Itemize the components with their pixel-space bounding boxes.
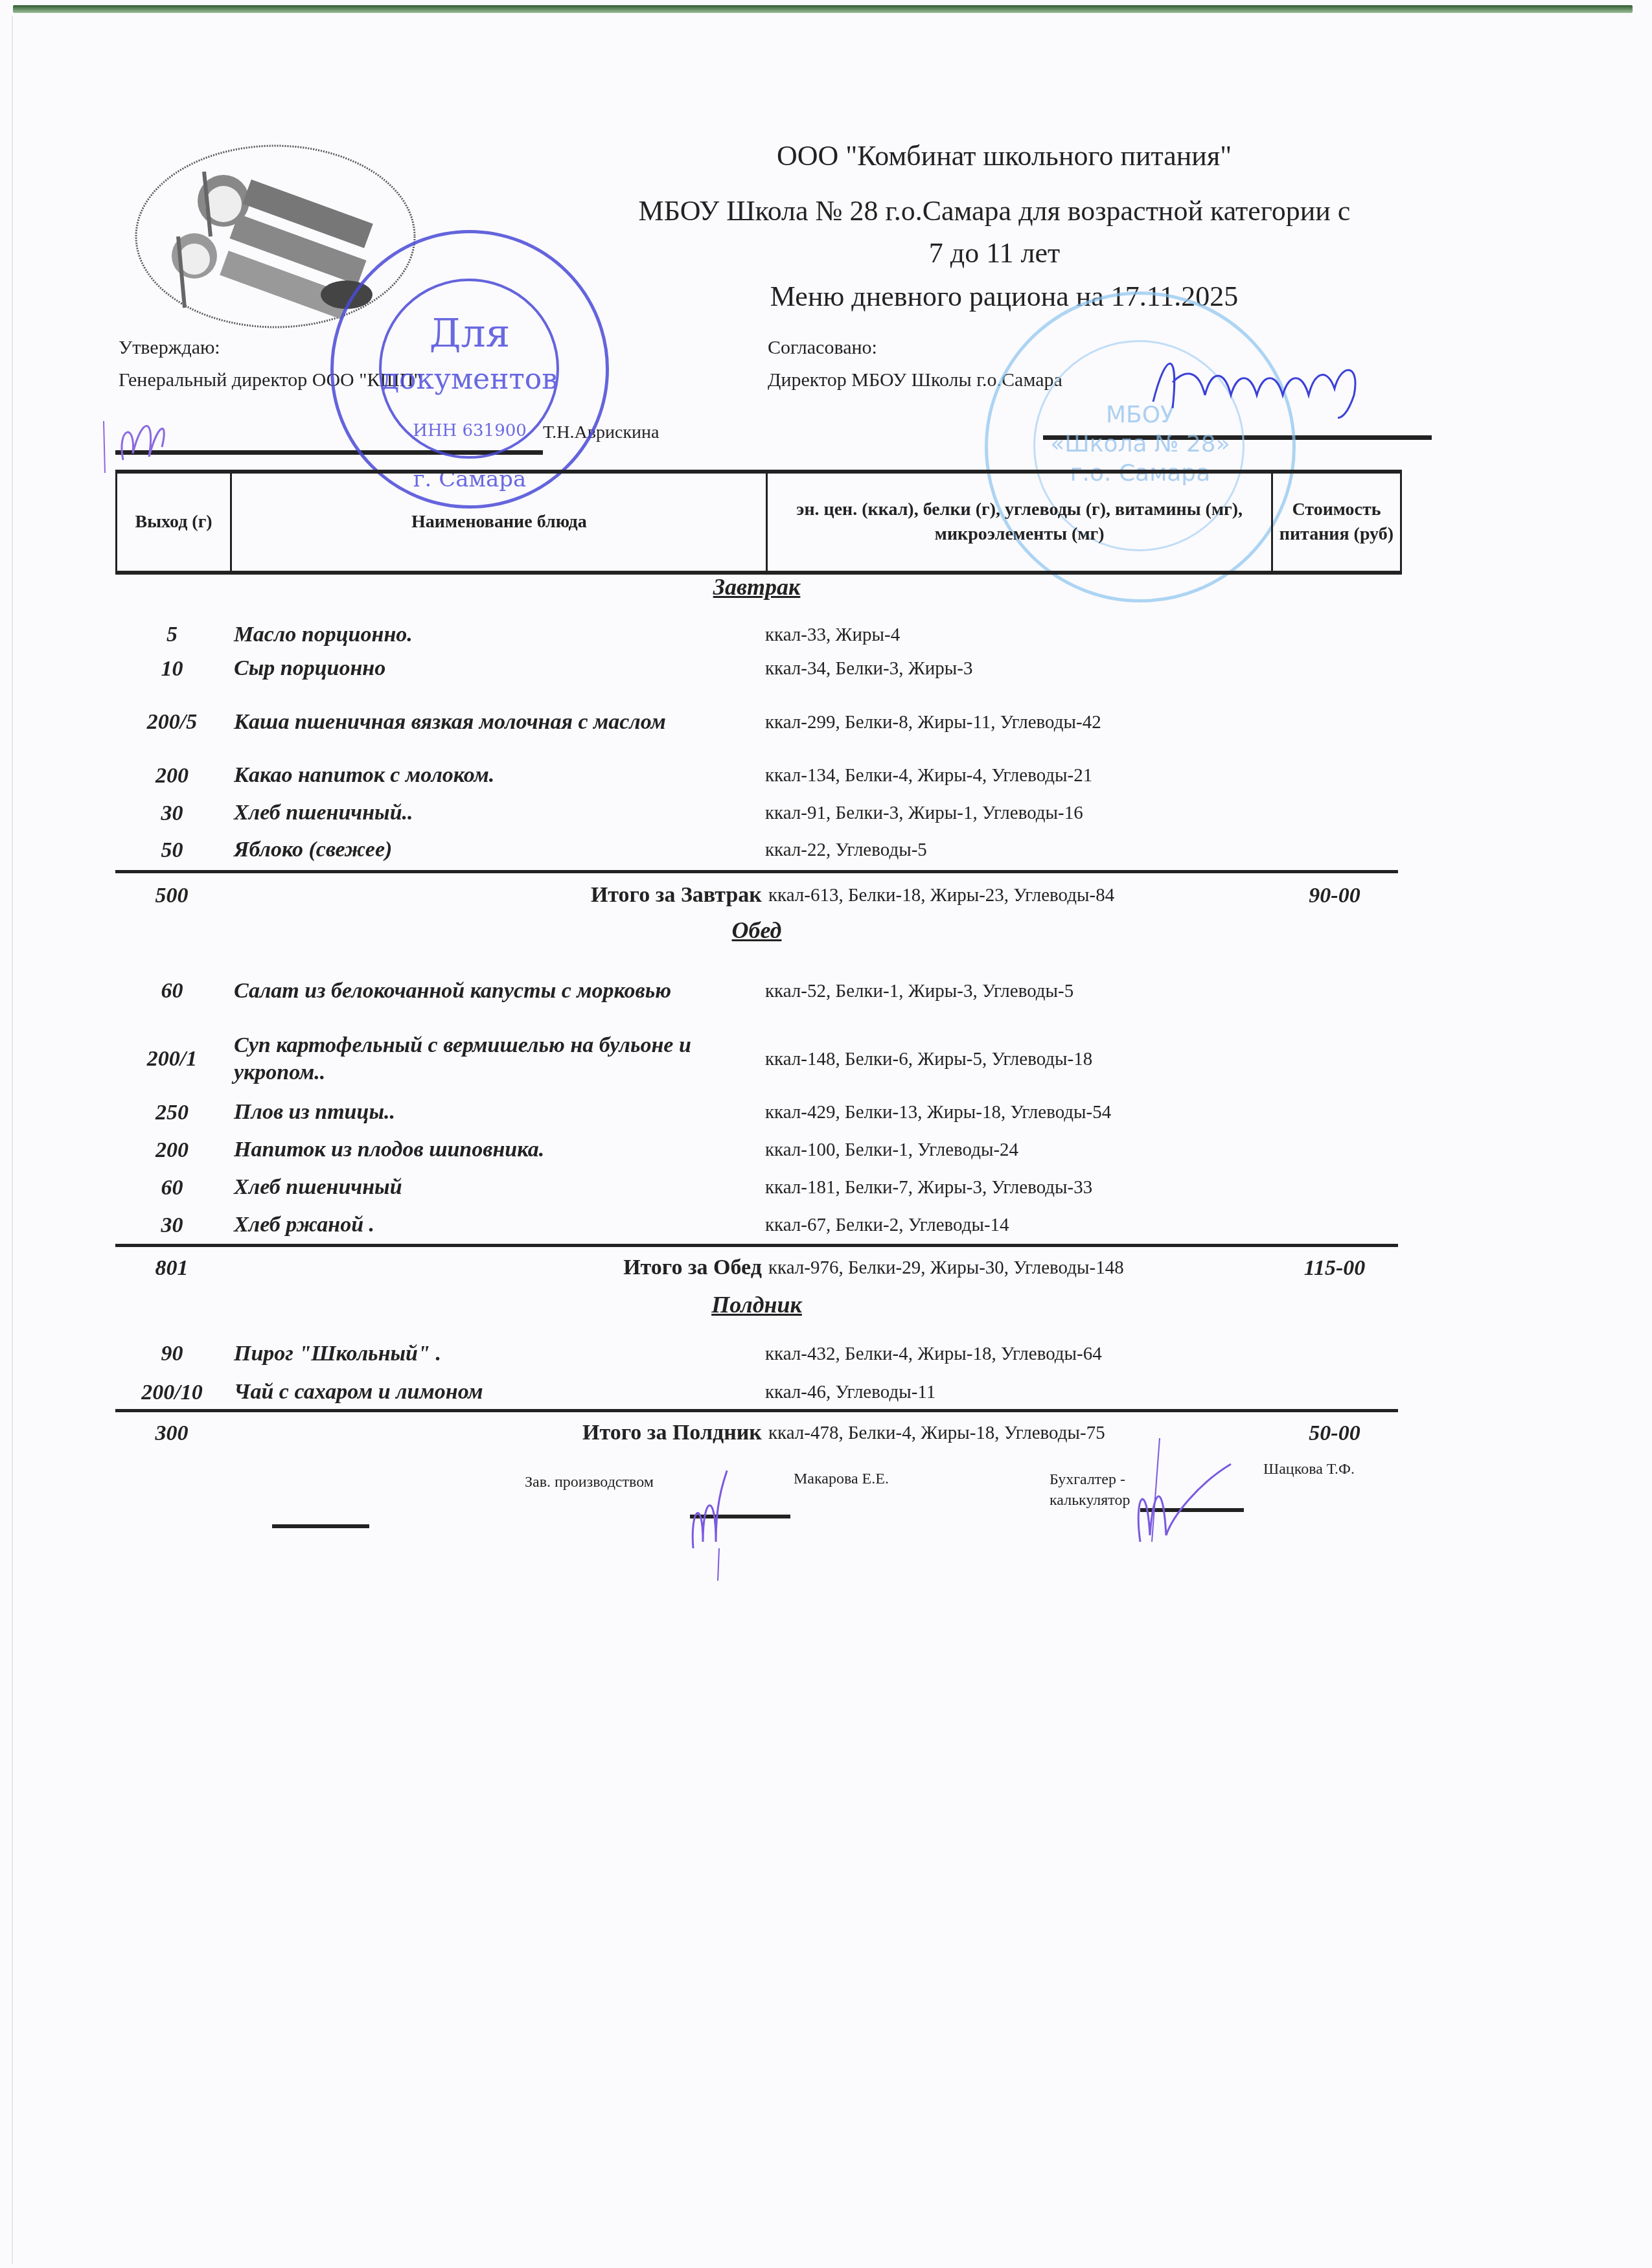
row-yield: 5 xyxy=(115,623,229,647)
table-row: 30 Хлеб пшеничный.. ккал-91, Белки-3, Жи… xyxy=(115,796,1398,831)
row-dish: Суп картофельный с вермишелью на бульоне… xyxy=(229,1032,765,1087)
row-dish: Плов из птицы.. xyxy=(229,1099,765,1127)
row-yield: 90 xyxy=(115,1342,229,1366)
table-header: Выход (г) Наименование блюда эн. цен. (к… xyxy=(115,470,1402,575)
row-nutrition: ккал-67, Белки-2, Углеводы-14 xyxy=(765,1215,1270,1236)
total-price: 50-00 xyxy=(1271,1421,1398,1446)
row-nutrition: ккал-52, Белки-1, Жиры-3, Углеводы-5 xyxy=(765,981,1270,1002)
row-nutrition: ккал-34, Белки-3, Жиры-3 xyxy=(765,658,1270,680)
row-yield: 200/10 xyxy=(115,1380,229,1405)
row-yield: 60 xyxy=(115,979,229,1003)
total-price: 115-00 xyxy=(1271,1256,1398,1281)
total-yield: 801 xyxy=(115,1256,228,1281)
table-row: 90 Пирог "Школьный" . ккал-432, Белки-4,… xyxy=(115,1334,1398,1373)
table-row: 200/5 Каша пшеничная вязкая молочная с м… xyxy=(115,690,1398,755)
table-row: 200/1 Суп картофельный с вермишелью на б… xyxy=(115,1027,1398,1092)
row-yield: 200/5 xyxy=(115,710,229,735)
row-nutrition: ккал-432, Белки-4, Жиры-18, Углеводы-64 xyxy=(765,1344,1270,1365)
company-stamp-center2: документов xyxy=(334,363,606,396)
accountant-role: Бухгалтер - калькулятор xyxy=(1050,1469,1130,1511)
agreement-signature xyxy=(1147,343,1393,421)
column-nutrition: эн. цен. (ккал), белки (г), углеводы (г)… xyxy=(768,474,1272,571)
total-label: Итого за Полдник xyxy=(228,1419,768,1447)
company-stamp-inn: ИНН 631900 xyxy=(334,421,606,441)
table-row: 200 Напиток из плодов шиповника. ккал-10… xyxy=(115,1132,1398,1168)
row-yield: 30 xyxy=(115,1213,229,1238)
row-dish: Напиток из плодов шиповника. xyxy=(229,1136,765,1164)
section-divider xyxy=(115,870,1398,873)
section-divider xyxy=(115,1409,1398,1412)
accountant-role-line1: Бухгалтер - xyxy=(1050,1469,1130,1490)
row-dish: Масло порционно. xyxy=(229,621,765,649)
agreement-label: Согласовано: xyxy=(768,337,877,359)
total-nutrition: ккал-976, Белки-29, Жиры-30, Углеводы-14… xyxy=(768,1257,1271,1279)
table-row: 30 Хлеб ржаной . ккал-67, Белки-2, Углев… xyxy=(115,1208,1398,1243)
row-dish: Салат из белокочанной капусты с морковью xyxy=(229,978,765,1005)
row-nutrition: ккал-299, Белки-8, Жиры-11, Углеводы-42 xyxy=(765,712,1270,733)
row-nutrition: ккал-429, Белки-13, Жиры-18, Углеводы-54 xyxy=(765,1102,1270,1123)
production-name: Макарова Е.Е. xyxy=(794,1471,889,1488)
column-yield: Выход (г) xyxy=(117,474,232,571)
row-yield: 200/1 xyxy=(115,1047,229,1071)
table-row: 200/10 Чай с сахаром и лимоном ккал-46, … xyxy=(115,1375,1398,1410)
company-stamp: Для документов ИНН 631900 г. Самара xyxy=(330,230,609,509)
row-yield: 60 xyxy=(115,1176,229,1200)
row-nutrition: ккал-181, Белки-7, Жиры-3, Углеводы-33 xyxy=(765,1177,1270,1198)
table-row: 250 Плов из птицы.. ккал-429, Белки-13, … xyxy=(115,1095,1398,1130)
total-label: Итого за Завтрак xyxy=(228,882,768,910)
section-title-snack: Полдник xyxy=(115,1291,1398,1318)
total-yield: 500 xyxy=(115,884,228,908)
row-yield: 200 xyxy=(115,764,229,788)
production-role: Зав. производством xyxy=(525,1474,654,1491)
organization-title: ООО "Комбинат школьного питания" xyxy=(680,139,1328,172)
total-row-lunch: 801 Итого за Обед ккал-976, Белки-29, Жи… xyxy=(115,1250,1398,1286)
total-nutrition: ккал-613, Белки-18, Жиры-23, Углеводы-84 xyxy=(768,885,1271,906)
accountant-name: Шацкова Т.Ф. xyxy=(1263,1461,1355,1478)
row-nutrition: ккал-148, Белки-6, Жиры-5, Углеводы-18 xyxy=(765,1049,1270,1070)
approval-signature xyxy=(97,402,175,473)
blank-signature-line xyxy=(272,1524,369,1528)
menu-title: Меню дневного рациона на 17.11.2025 xyxy=(648,280,1360,313)
section-title-lunch: Обед xyxy=(115,917,1398,944)
row-nutrition: ккал-134, Белки-4, Жиры-4, Углеводы-21 xyxy=(765,765,1270,786)
row-dish: Какао напиток с молоком. xyxy=(229,762,765,790)
row-dish: Сыр порционно xyxy=(229,655,765,683)
row-nutrition: ккал-33, Жиры-4 xyxy=(765,624,1270,646)
school-title-line2: 7 до 11 лет xyxy=(557,236,1432,269)
row-dish: Хлеб пшеничный.. xyxy=(229,799,765,827)
school-title-line1: МБОУ Школа № 28 г.о.Самара для возрастно… xyxy=(557,194,1432,227)
row-yield: 50 xyxy=(115,838,229,863)
accountant-signature xyxy=(1134,1438,1244,1548)
row-yield: 30 xyxy=(115,801,229,826)
row-dish: Хлеб пшеничный xyxy=(229,1174,765,1202)
company-stamp-center1: Для xyxy=(334,311,606,356)
scan-edge xyxy=(13,5,1633,13)
table-row: 5 Масло порционно. ккал-33, Жиры-4 xyxy=(115,619,1398,651)
row-nutrition: ккал-46, Углеводы-11 xyxy=(765,1382,1270,1403)
row-nutrition: ккал-91, Белки-3, Жиры-1, Углеводы-16 xyxy=(765,803,1270,824)
row-yield: 10 xyxy=(115,657,229,682)
section-title-breakfast: Завтрак xyxy=(115,573,1398,601)
row-dish: Каша пшеничная вязкая молочная с маслом xyxy=(229,709,765,737)
row-yield: 200 xyxy=(115,1138,229,1163)
table-row: 10 Сыр порционно ккал-34, Белки-3, Жиры-… xyxy=(115,651,1398,687)
total-price: 90-00 xyxy=(1271,884,1398,908)
approval-label: Утверждаю: xyxy=(119,337,220,359)
section-divider xyxy=(115,1244,1398,1247)
total-label: Итого за Обед xyxy=(228,1254,768,1282)
page-edge xyxy=(12,16,13,2264)
column-price: Стоимость питания (руб) xyxy=(1273,474,1400,571)
total-row-breakfast: 500 Итого за Завтрак ккал-613, Белки-18,… xyxy=(115,878,1398,913)
table-row: 60 Салат из белокочанной капусты с морко… xyxy=(115,959,1398,1024)
row-dish: Чай с сахаром и лимоном xyxy=(229,1379,765,1406)
row-dish: Пирог "Школьный" . xyxy=(229,1340,765,1368)
row-dish: Хлеб ржаной . xyxy=(229,1211,765,1239)
school-stamp-line2: «Школа № 28» xyxy=(988,431,1292,457)
row-nutrition: ккал-100, Белки-1, Углеводы-24 xyxy=(765,1140,1270,1161)
row-yield: 250 xyxy=(115,1101,229,1125)
table-row: 60 Хлеб пшеничный ккал-181, Белки-7, Жир… xyxy=(115,1170,1398,1206)
table-row: 200 Какао напиток с молоком. ккал-134, Б… xyxy=(115,758,1398,794)
row-dish: Яблоко (свежее) xyxy=(229,836,765,864)
accountant-role-line2: калькулятор xyxy=(1050,1490,1130,1511)
production-signature xyxy=(687,1458,739,1581)
row-nutrition: ккал-22, Углеводы-5 xyxy=(765,840,1270,861)
total-yield: 300 xyxy=(115,1421,228,1446)
column-dish-name: Наименование блюда xyxy=(232,474,768,571)
table-row: 50 Яблоко (свежее) ккал-22, Углеводы-5 xyxy=(115,832,1398,868)
